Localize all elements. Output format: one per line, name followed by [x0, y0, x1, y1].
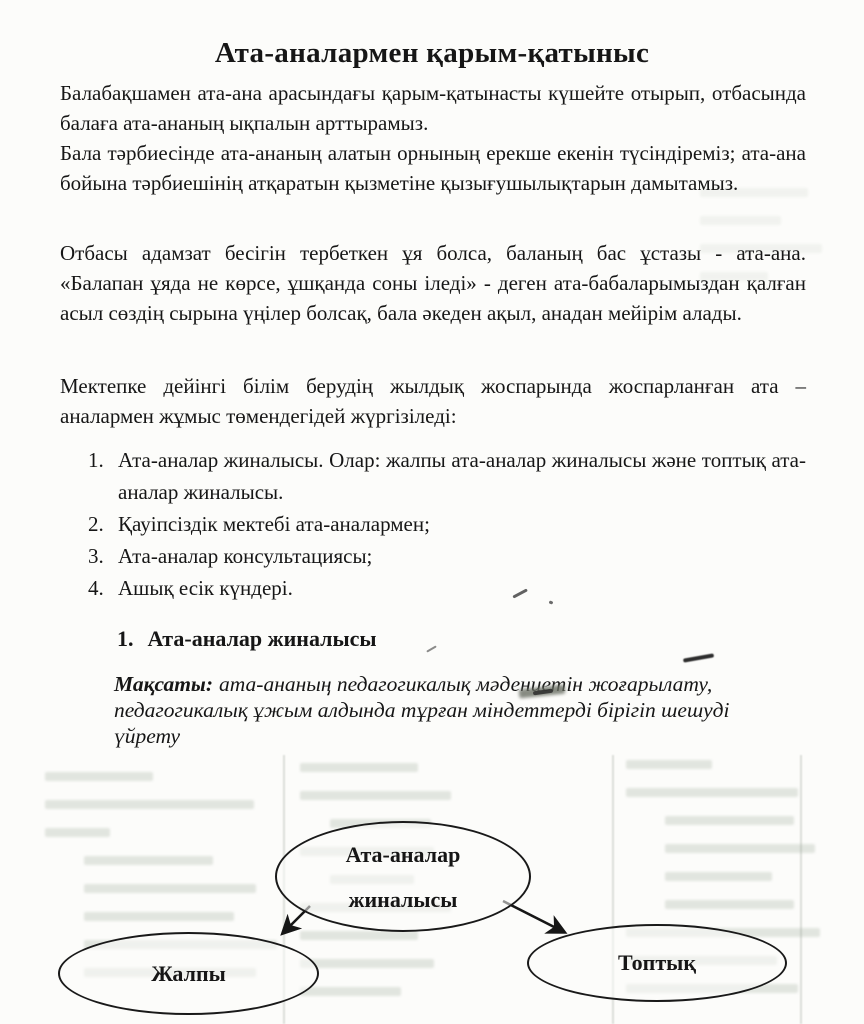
ink-smudge	[683, 653, 714, 662]
paragraph: Отбасы адамзат бесігін тербеткен ұя болс…	[60, 238, 806, 328]
diagram-node-root: Ата-аналар жиналысы	[275, 821, 531, 932]
bleed-through-rule	[800, 755, 802, 1024]
diagram-node-right: Топтық	[527, 924, 787, 1002]
goal-paragraph: Мақсаты:ата-ананың педагогикалық мәдение…	[114, 671, 762, 749]
scanned-document-page: Ата-аналармен қарым-қатыныс Балабақшамен…	[0, 0, 864, 1024]
diagram-node-left: Жалпы	[58, 932, 319, 1015]
goal-label: Мақсаты:	[114, 672, 213, 696]
paragraph: Мектепке дейінгі білім берудің жылдық жо…	[60, 371, 806, 431]
list-item: 1. Ата-аналар жиналысы. Олар: жалпы ата-…	[88, 444, 806, 508]
section-heading: 1.Ата-аналар жиналысы	[117, 626, 377, 652]
numbered-list: 1. Ата-аналар жиналысы. Олар: жалпы ата-…	[88, 444, 806, 604]
paragraph: Бала тәрбиесінде ата-ананың алатын орнын…	[60, 138, 806, 198]
ink-smudge	[426, 645, 437, 652]
list-item: 3. Ата-аналар консультациясы;	[88, 540, 806, 572]
page-title: Ата-аналармен қарым-қатыныс	[0, 37, 864, 70]
list-item: 2. Қауіпсіздік мектебі ата-аналармен;	[88, 508, 806, 540]
paragraph: Балабақшамен ата-ана арасындағы қарым-қа…	[60, 78, 806, 138]
list-item: 4. Ашық есік күндері.	[88, 572, 806, 604]
paragraph-group: Балабақшамен ата-ана арасындағы қарым-қа…	[60, 78, 806, 198]
